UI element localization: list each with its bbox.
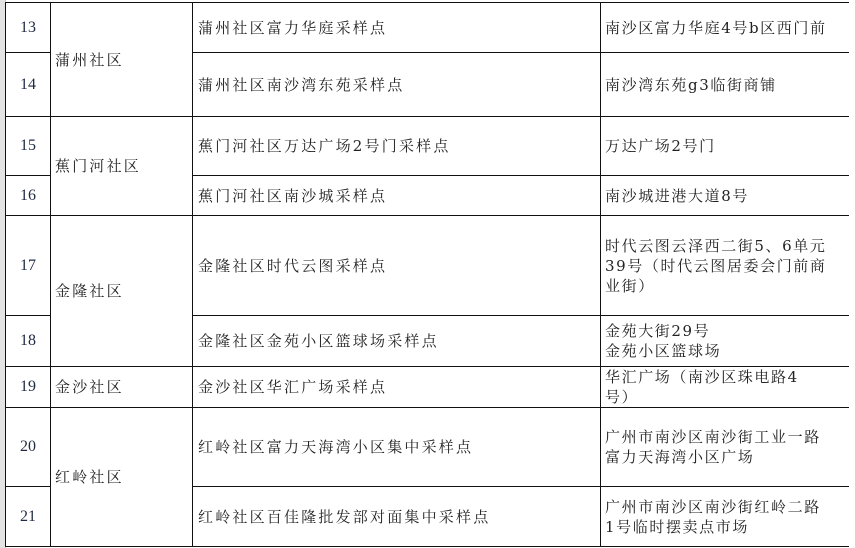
address-line: 金苑小区篮球场 — [605, 341, 845, 361]
sampling-site-name: 金隆社区金苑小区篮球场采样点 — [193, 316, 601, 367]
address-line: 南沙区富力华庭4号b区西门前 — [605, 18, 845, 38]
address-line: 广州市南沙区南沙街红岭二路 — [605, 497, 845, 517]
address-line: 广州市南沙区南沙街工业一路 — [605, 427, 845, 447]
sampling-sites-table: 13蒲州社区蒲州社区富力华庭采样点南沙区富力华庭4号b区西门前14蒲州社区南沙湾… — [5, 2, 850, 547]
site-address: 金苑大街29号金苑小区篮球场 — [601, 316, 850, 367]
sampling-site-name: 蒲州社区南沙湾东苑采样点 — [193, 53, 601, 117]
address-line: 39号（时代云图居委会门前商 — [605, 256, 845, 276]
address-line: 号） — [605, 387, 845, 407]
table-row: 15蕉门河社区蕉门河社区万达广场2号门采样点万达广场2号门 — [6, 117, 850, 176]
site-address: 广州市南沙区南沙街红岭二路1号临时摆卖点市场 — [601, 487, 850, 547]
community-name: 蕉门河社区 — [51, 117, 193, 216]
site-address: 南沙城进港大道8号 — [601, 176, 850, 216]
site-address: 南沙湾东苑g3临街商铺 — [601, 53, 850, 117]
address-line: 1号临时摆卖点市场 — [605, 517, 845, 537]
row-number: 14 — [6, 53, 51, 117]
right-margin — [849, 0, 855, 548]
row-number: 17 — [6, 216, 51, 316]
row-number: 18 — [6, 316, 51, 367]
row-number: 15 — [6, 117, 51, 176]
table-row: 19金沙社区金沙社区华汇广场采样点华汇广场（南沙区珠电路4号） — [6, 367, 850, 408]
community-name: 金沙社区 — [51, 367, 193, 408]
row-number: 16 — [6, 176, 51, 216]
row-number: 19 — [6, 367, 51, 408]
sampling-site-name: 蕉门河社区南沙城采样点 — [193, 176, 601, 216]
address-line: 华汇广场（南沙区珠电路4 — [605, 367, 845, 387]
sampling-site-name: 红岭社区百佳隆批发部对面集中采样点 — [193, 487, 601, 547]
sampling-site-name: 金隆社区时代云图采样点 — [193, 216, 601, 316]
site-address: 广州市南沙区南沙街工业一路富力天海湾小区广场 — [601, 408, 850, 487]
sampling-site-name: 金沙社区华汇广场采样点 — [193, 367, 601, 408]
site-address: 华汇广场（南沙区珠电路4号） — [601, 367, 850, 408]
address-line: 南沙湾东苑g3临街商铺 — [605, 75, 845, 95]
community-name: 红岭社区 — [51, 408, 193, 547]
address-line: 富力天海湾小区广场 — [605, 447, 845, 467]
site-address: 万达广场2号门 — [601, 117, 850, 176]
row-number: 20 — [6, 408, 51, 487]
table-row: 20红岭社区红岭社区富力天海湾小区集中采样点广州市南沙区南沙街工业一路富力天海湾… — [6, 408, 850, 487]
table-row: 13蒲州社区蒲州社区富力华庭采样点南沙区富力华庭4号b区西门前 — [6, 3, 850, 53]
address-line: 万达广场2号门 — [605, 136, 845, 156]
community-name: 金隆社区 — [51, 216, 193, 367]
sampling-site-name: 蕉门河社区万达广场2号门采样点 — [193, 117, 601, 176]
address-line: 金苑大街29号 — [605, 321, 845, 341]
site-address: 时代云图云泽西二街5、6单元39号（时代云图居委会门前商业街） — [601, 216, 850, 316]
site-address: 南沙区富力华庭4号b区西门前 — [601, 3, 850, 53]
address-line: 时代云图云泽西二街5、6单元 — [605, 236, 845, 256]
community-name: 蒲州社区 — [51, 3, 193, 117]
table-row: 17金隆社区金隆社区时代云图采样点时代云图云泽西二街5、6单元39号（时代云图居… — [6, 216, 850, 316]
sampling-site-name: 红岭社区富力天海湾小区集中采样点 — [193, 408, 601, 487]
row-number: 13 — [6, 3, 51, 53]
address-line: 业街） — [605, 276, 845, 296]
sampling-site-name: 蒲州社区富力华庭采样点 — [193, 3, 601, 53]
address-line: 南沙城进港大道8号 — [605, 186, 845, 206]
row-number: 21 — [6, 487, 51, 547]
